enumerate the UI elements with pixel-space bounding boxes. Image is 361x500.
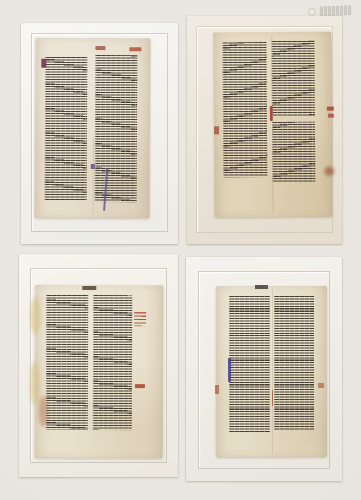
- matted-manuscript-leaf-3: [19, 254, 178, 477]
- smudge-left-lower: [39, 396, 48, 427]
- manuscript-leaf-2: [213, 32, 332, 218]
- marginal-rubric-small: [135, 384, 145, 388]
- text-column: [274, 296, 314, 429]
- edge-rubric-left: [214, 127, 219, 134]
- text-column: [93, 295, 133, 430]
- text-column: [95, 55, 138, 202]
- running-title: [95, 46, 105, 50]
- photo-of-four-manuscript-leaves: [0, 0, 361, 500]
- edge-rubric-left: [215, 385, 219, 394]
- text-column: [222, 42, 267, 177]
- manuscript-leaf-3: [35, 285, 164, 458]
- watermark-text-block: [319, 5, 352, 16]
- matted-manuscript-leaf-4: [186, 257, 342, 481]
- manuscript-leaf-4: [216, 286, 327, 457]
- edge-stain-right: [324, 167, 335, 176]
- matted-manuscript-leaf-1: [21, 23, 178, 244]
- running-title: [83, 286, 97, 290]
- edge-rubric-right-2: [328, 114, 334, 117]
- blue-initial-stroke: [228, 358, 231, 382]
- watermark-emblem-icon: [308, 7, 316, 15]
- manuscript-leaf-1: [35, 38, 151, 219]
- center-fold: [272, 289, 273, 453]
- illuminated-initial: [42, 58, 47, 67]
- running-title: [255, 285, 268, 288]
- text-column: [45, 57, 88, 201]
- edge-stain-top-left: [30, 297, 42, 335]
- matted-manuscript-leaf-2: [187, 16, 342, 244]
- paragraph-gap: [272, 116, 316, 122]
- edge-rubric-right-1: [327, 106, 334, 110]
- edge-stain-left: [30, 361, 40, 406]
- text-column: [229, 296, 270, 433]
- marginal-rubric-note: [134, 312, 147, 326]
- text-column: [271, 41, 316, 183]
- text-column: [46, 295, 89, 430]
- edge-rubric-right: [318, 383, 324, 387]
- center-fold: [93, 137, 95, 214]
- rubric-corner-note: [130, 47, 142, 51]
